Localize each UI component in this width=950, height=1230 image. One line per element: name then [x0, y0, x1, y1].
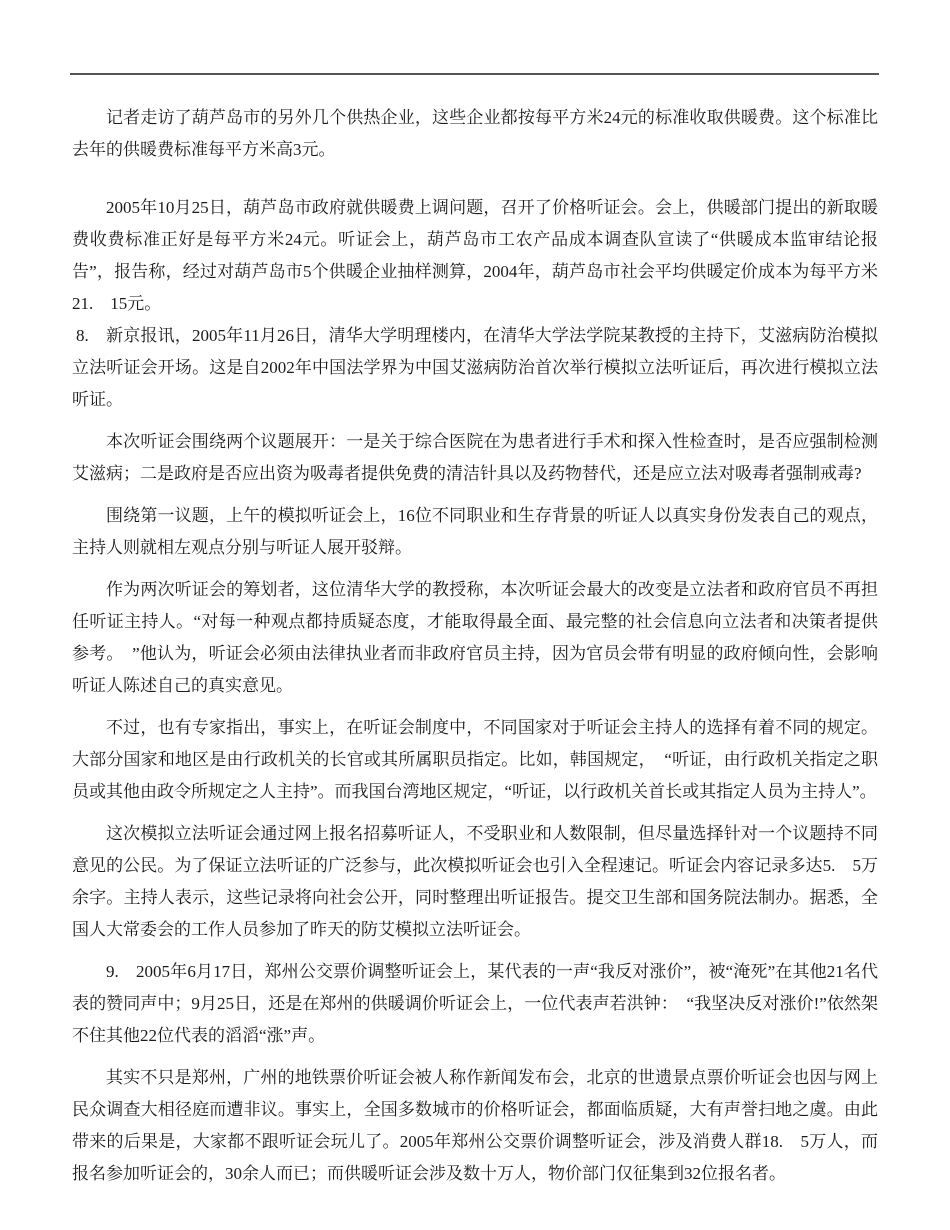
paragraph-price-hearing-2005: 2005年10月25日，葫芦岛市政府就供暖费上调问题，召开了价格听证会。会上，供…	[72, 192, 878, 320]
paragraph-first-topic-debate: 围绕第一议题，上午的模拟听证会上，16位不同职业和生存背景的听证人以真实身份发表…	[72, 500, 878, 564]
header-divider	[70, 73, 879, 75]
paragraph-organizer-comments: 作为两次听证会的筹划者，这位清华大学的教授称，本次听证会最大的改变是立法者和政府…	[72, 574, 878, 702]
paragraph-item-8-aids-hearing: 8. 新京报讯，2005年11月26日，清华大学明理楼内，在清华大学法学院某教授…	[72, 320, 878, 416]
document-body: 记者走访了葫芦岛市的另外几个供热企业，这些企业都按每平方米24元的标准收取供暖费…	[72, 102, 878, 1190]
paragraph-recruitment-and-records: 这次模拟立法听证会通过网上报名招募听证人，不受职业和人数限制，但尽量选择针对一个…	[72, 818, 878, 946]
paragraph-expert-opinions: 不过，也有专家指出，事实上，在听证会制度中，不同国家对于听证会主持人的选择有着不…	[72, 712, 878, 808]
document-page: 记者走访了葫芦岛市的另外几个供热企业，这些企业都按每平方米24元的标准收取供暖费…	[0, 0, 950, 1230]
paragraph-heating-fee-survey: 记者走访了葫芦岛市的另外几个供热企业，这些企业都按每平方米24元的标准收取供暖费…	[72, 102, 878, 166]
paragraph-item-9-zhengzhou-hearings: 9. 2005年6月17日，郑州公交票价调整听证会上，某代表的一声“我反对涨价”…	[72, 956, 878, 1052]
paragraph-public-distrust: 其实不只是郑州，广州的地铁票价听证会被人称作新闻发布会，北京的世遗景点票价听证会…	[72, 1062, 878, 1190]
paragraph-hearing-topics: 本次听证会围绕两个议题展开：一是关于综合医院在为患者进行手术和探入性检查时，是否…	[72, 426, 878, 490]
